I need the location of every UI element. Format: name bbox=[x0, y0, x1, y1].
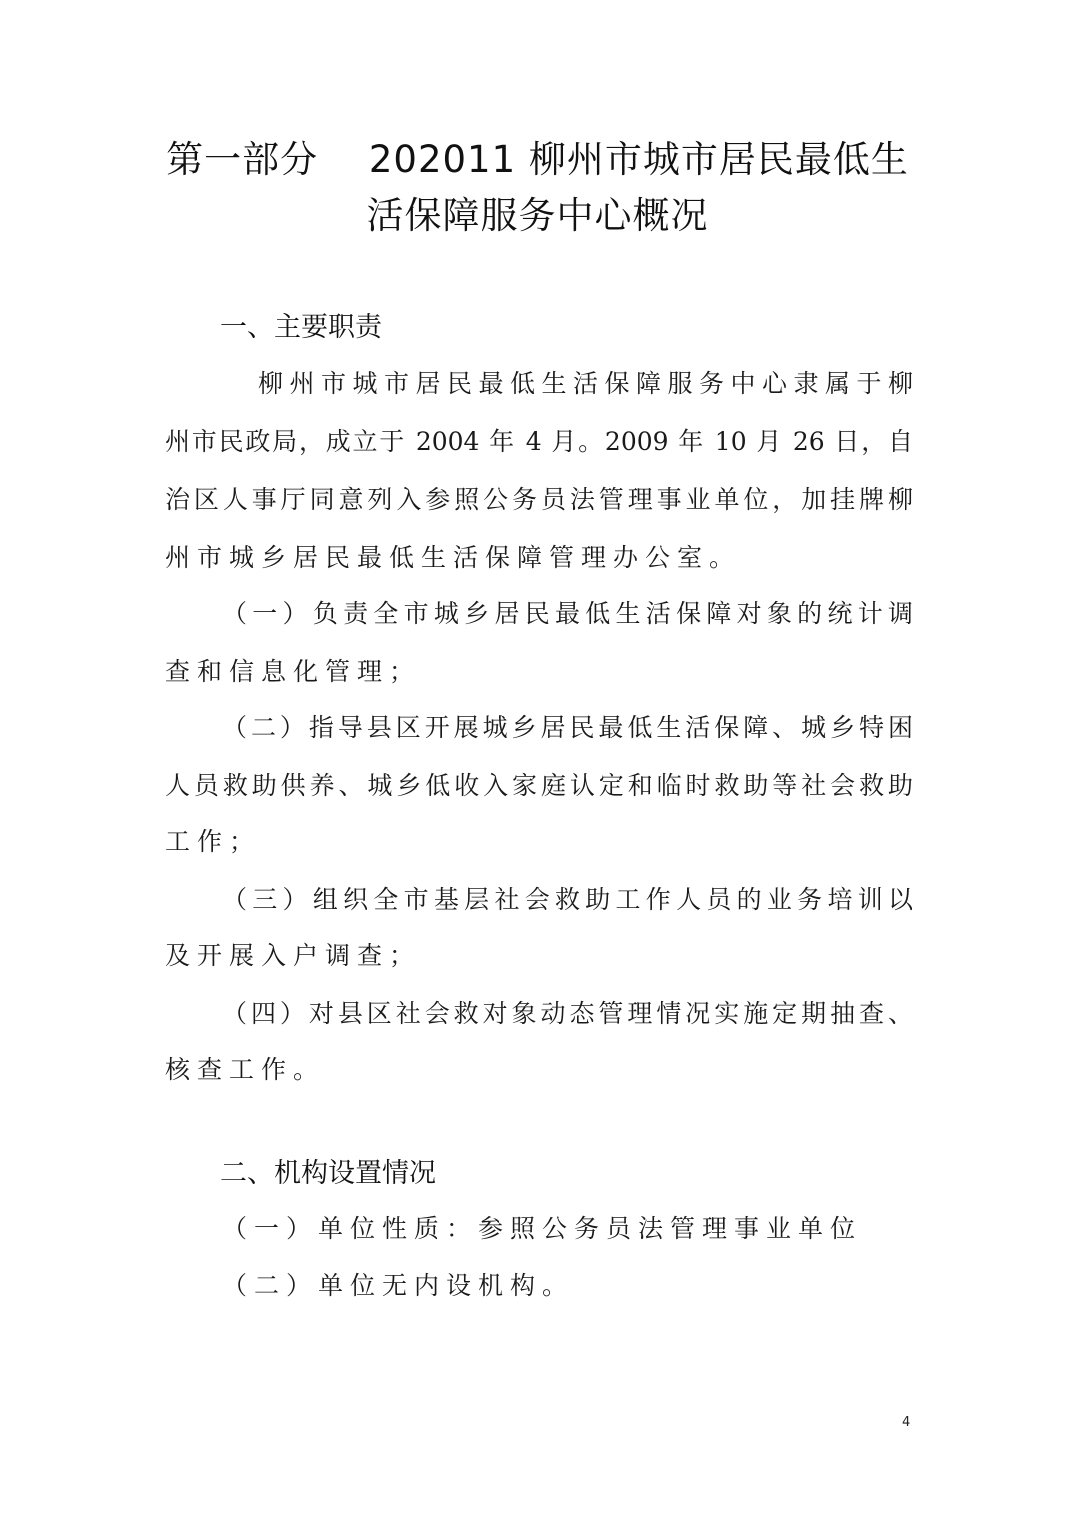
page-number: 4 bbox=[902, 1415, 910, 1430]
duty-item-1-line-2: 查和信息化管理； bbox=[165, 656, 421, 688]
duty-item-2-line-1: （二）指导县区开展城乡居民最低生活保障、城乡特困 bbox=[222, 712, 913, 744]
document-page: 第一部分 202011 柳州市城市居民最低生 活保障服务中心概况 一、主要职责 … bbox=[0, 0, 1075, 1520]
section-heading-responsibilities: 一、主要职责 bbox=[220, 311, 382, 345]
page-title-line-2: 活保障服务中心概况 bbox=[0, 194, 1075, 238]
intro-line-1: 柳州市城市居民最低生活保障服务中心隶属于柳 bbox=[258, 368, 913, 400]
duty-item-3-line-1: （三）组织全市基层社会救助工作人员的业务培训以 bbox=[222, 884, 913, 916]
org-item-1: （一）单位性质：参照公务员法管理事业单位 bbox=[222, 1213, 862, 1245]
intro-line-3: 治区人事厅同意列入参照公务员法管理事业单位，加挂牌柳 bbox=[165, 484, 913, 516]
intro-line-4: 州市城乡居民最低生活保障管理办公室。 bbox=[165, 542, 741, 574]
duty-item-4-line-1: （四）对县区社会救对象动态管理情况实施定期抽查、 bbox=[222, 998, 913, 1030]
intro-line-2: 州市民政局，成立于 2004 年 4 月。2009 年 10 月 26 日，自 bbox=[165, 426, 913, 458]
org-item-2: （二）单位无内设机构。 bbox=[222, 1270, 574, 1302]
duty-item-1-line-1: （一）负责全市城乡居民最低生活保障对象的统计调 bbox=[222, 598, 913, 630]
duty-item-3-line-2: 及开展入户调查； bbox=[165, 940, 421, 972]
section-heading-organization: 二、机构设置情况 bbox=[220, 1157, 436, 1191]
duty-item-2-line-2: 人员救助供养、城乡低收入家庭认定和临时救助等社会救助 bbox=[165, 770, 913, 802]
page-title-line-1: 第一部分 202011 柳州市城市居民最低生 bbox=[0, 138, 1075, 182]
duty-item-2-line-3: 工作； bbox=[165, 826, 261, 858]
duty-item-4-line-2: 核查工作。 bbox=[165, 1054, 325, 1086]
